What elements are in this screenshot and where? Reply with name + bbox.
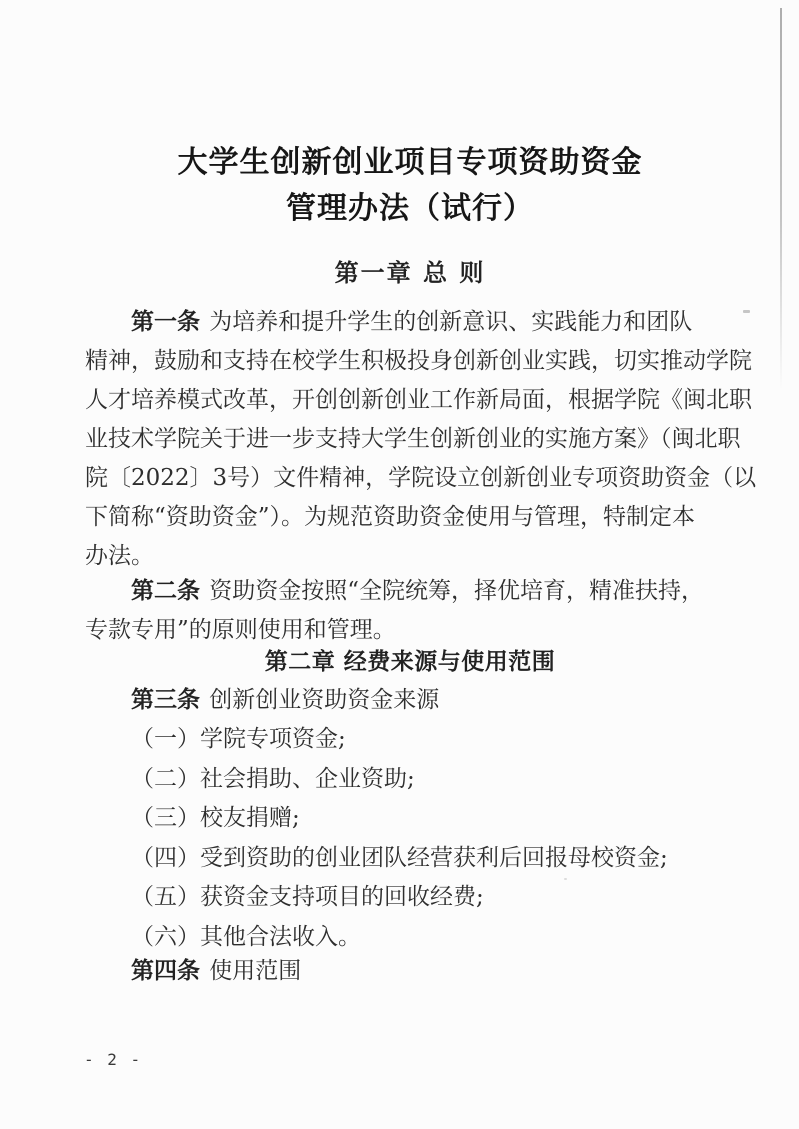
title-line-1: 大学生创新创业项目专项资助资金	[85, 140, 735, 186]
page-number: - 2 -	[84, 1050, 142, 1069]
scan-speck	[564, 878, 567, 880]
article3-text: 创新创业资助资金来源	[209, 687, 439, 713]
article1-line-2: 精神，鼓励和支持在校学生积极投身创新创业实践，切实推动学院	[85, 342, 735, 381]
article2-line-1: 第二条资助资金按照“全院统筹，择优培育，精准扶持，	[85, 571, 735, 611]
scan-edge-artifact-line	[780, 8, 782, 390]
document-title: 大学生创新创业项目专项资助资金 管理办法（试行）	[85, 140, 735, 232]
article4-heading-line: 第四条使用范围	[85, 951, 735, 991]
funding-source-list: （一）学院专项资金; （二）社会捐助、企业资助; （三）校友捐赠; （四）受到资…	[85, 720, 735, 957]
article2-line-2: 专款专用”的原则使用和管理。	[85, 611, 735, 650]
article4-text: 使用范围	[209, 958, 301, 984]
article1-paragraph: 第一条为培养和提升学生的创新意识、实践能力和团队 精神，鼓励和支持在校学生积极投…	[85, 302, 735, 576]
document-page: 大学生创新创业项目专项资助资金 管理办法（试行） 第一章 总 则 第一条为培养和…	[0, 0, 799, 1129]
scan-speck	[742, 357, 750, 360]
list-item: （一）学院专项资金;	[85, 720, 735, 760]
list-item: （二）社会捐助、企业资助;	[85, 760, 735, 800]
title-line-2: 管理办法（试行）	[85, 186, 735, 232]
list-item: （三）校友捐赠;	[85, 799, 735, 839]
article1-line-1-text: 为培养和提升学生的创新意识、实践能力和团队	[209, 309, 692, 335]
chapter1-heading: 第一章 总 则	[85, 258, 735, 288]
article2-label: 第二条	[131, 577, 200, 604]
article3-heading-line: 第三条创新创业资助资金来源	[85, 680, 735, 720]
article3-label: 第三条	[131, 686, 200, 713]
article1-line-3: 人才培养模式改革，开创创新创业工作新局面，根据学院《闽北职	[85, 381, 735, 420]
article1-line-1: 第一条为培养和提升学生的创新意识、实践能力和团队	[85, 302, 735, 342]
list-item: （五）获资金支持项目的回收经费;	[85, 878, 735, 918]
document-content: 大学生创新创业项目专项资助资金 管理办法（试行） 第一章 总 则 第一条为培养和…	[0, 140, 799, 991]
chapter2-heading: 第二章 经费来源与使用范围	[85, 646, 735, 678]
article1-line-4: 业技术学院关于进一步支持大学生创新创业的实施方案》（闽北职	[85, 420, 735, 459]
article2-line-1-text: 资助资金按照“全院统筹，择优培育，精准扶持，	[209, 578, 704, 604]
article2-paragraph: 第二条资助资金按照“全院统筹，择优培育，精准扶持， 专款专用”的原则使用和管理。	[85, 571, 735, 650]
article4-label: 第四条	[131, 957, 200, 984]
scan-speck	[743, 310, 750, 313]
article1-label: 第一条	[131, 308, 200, 335]
article1-line-5: 院〔2022〕3号）文件精神，学院设立创新创业专项资助资金（以	[85, 459, 735, 498]
list-item: （四）受到资助的创业团队经营获利后回报母校资金;	[85, 839, 735, 879]
article1-line-6: 下简称“资助资金”）。为规范资助资金使用与管理，特制定本	[85, 498, 735, 537]
